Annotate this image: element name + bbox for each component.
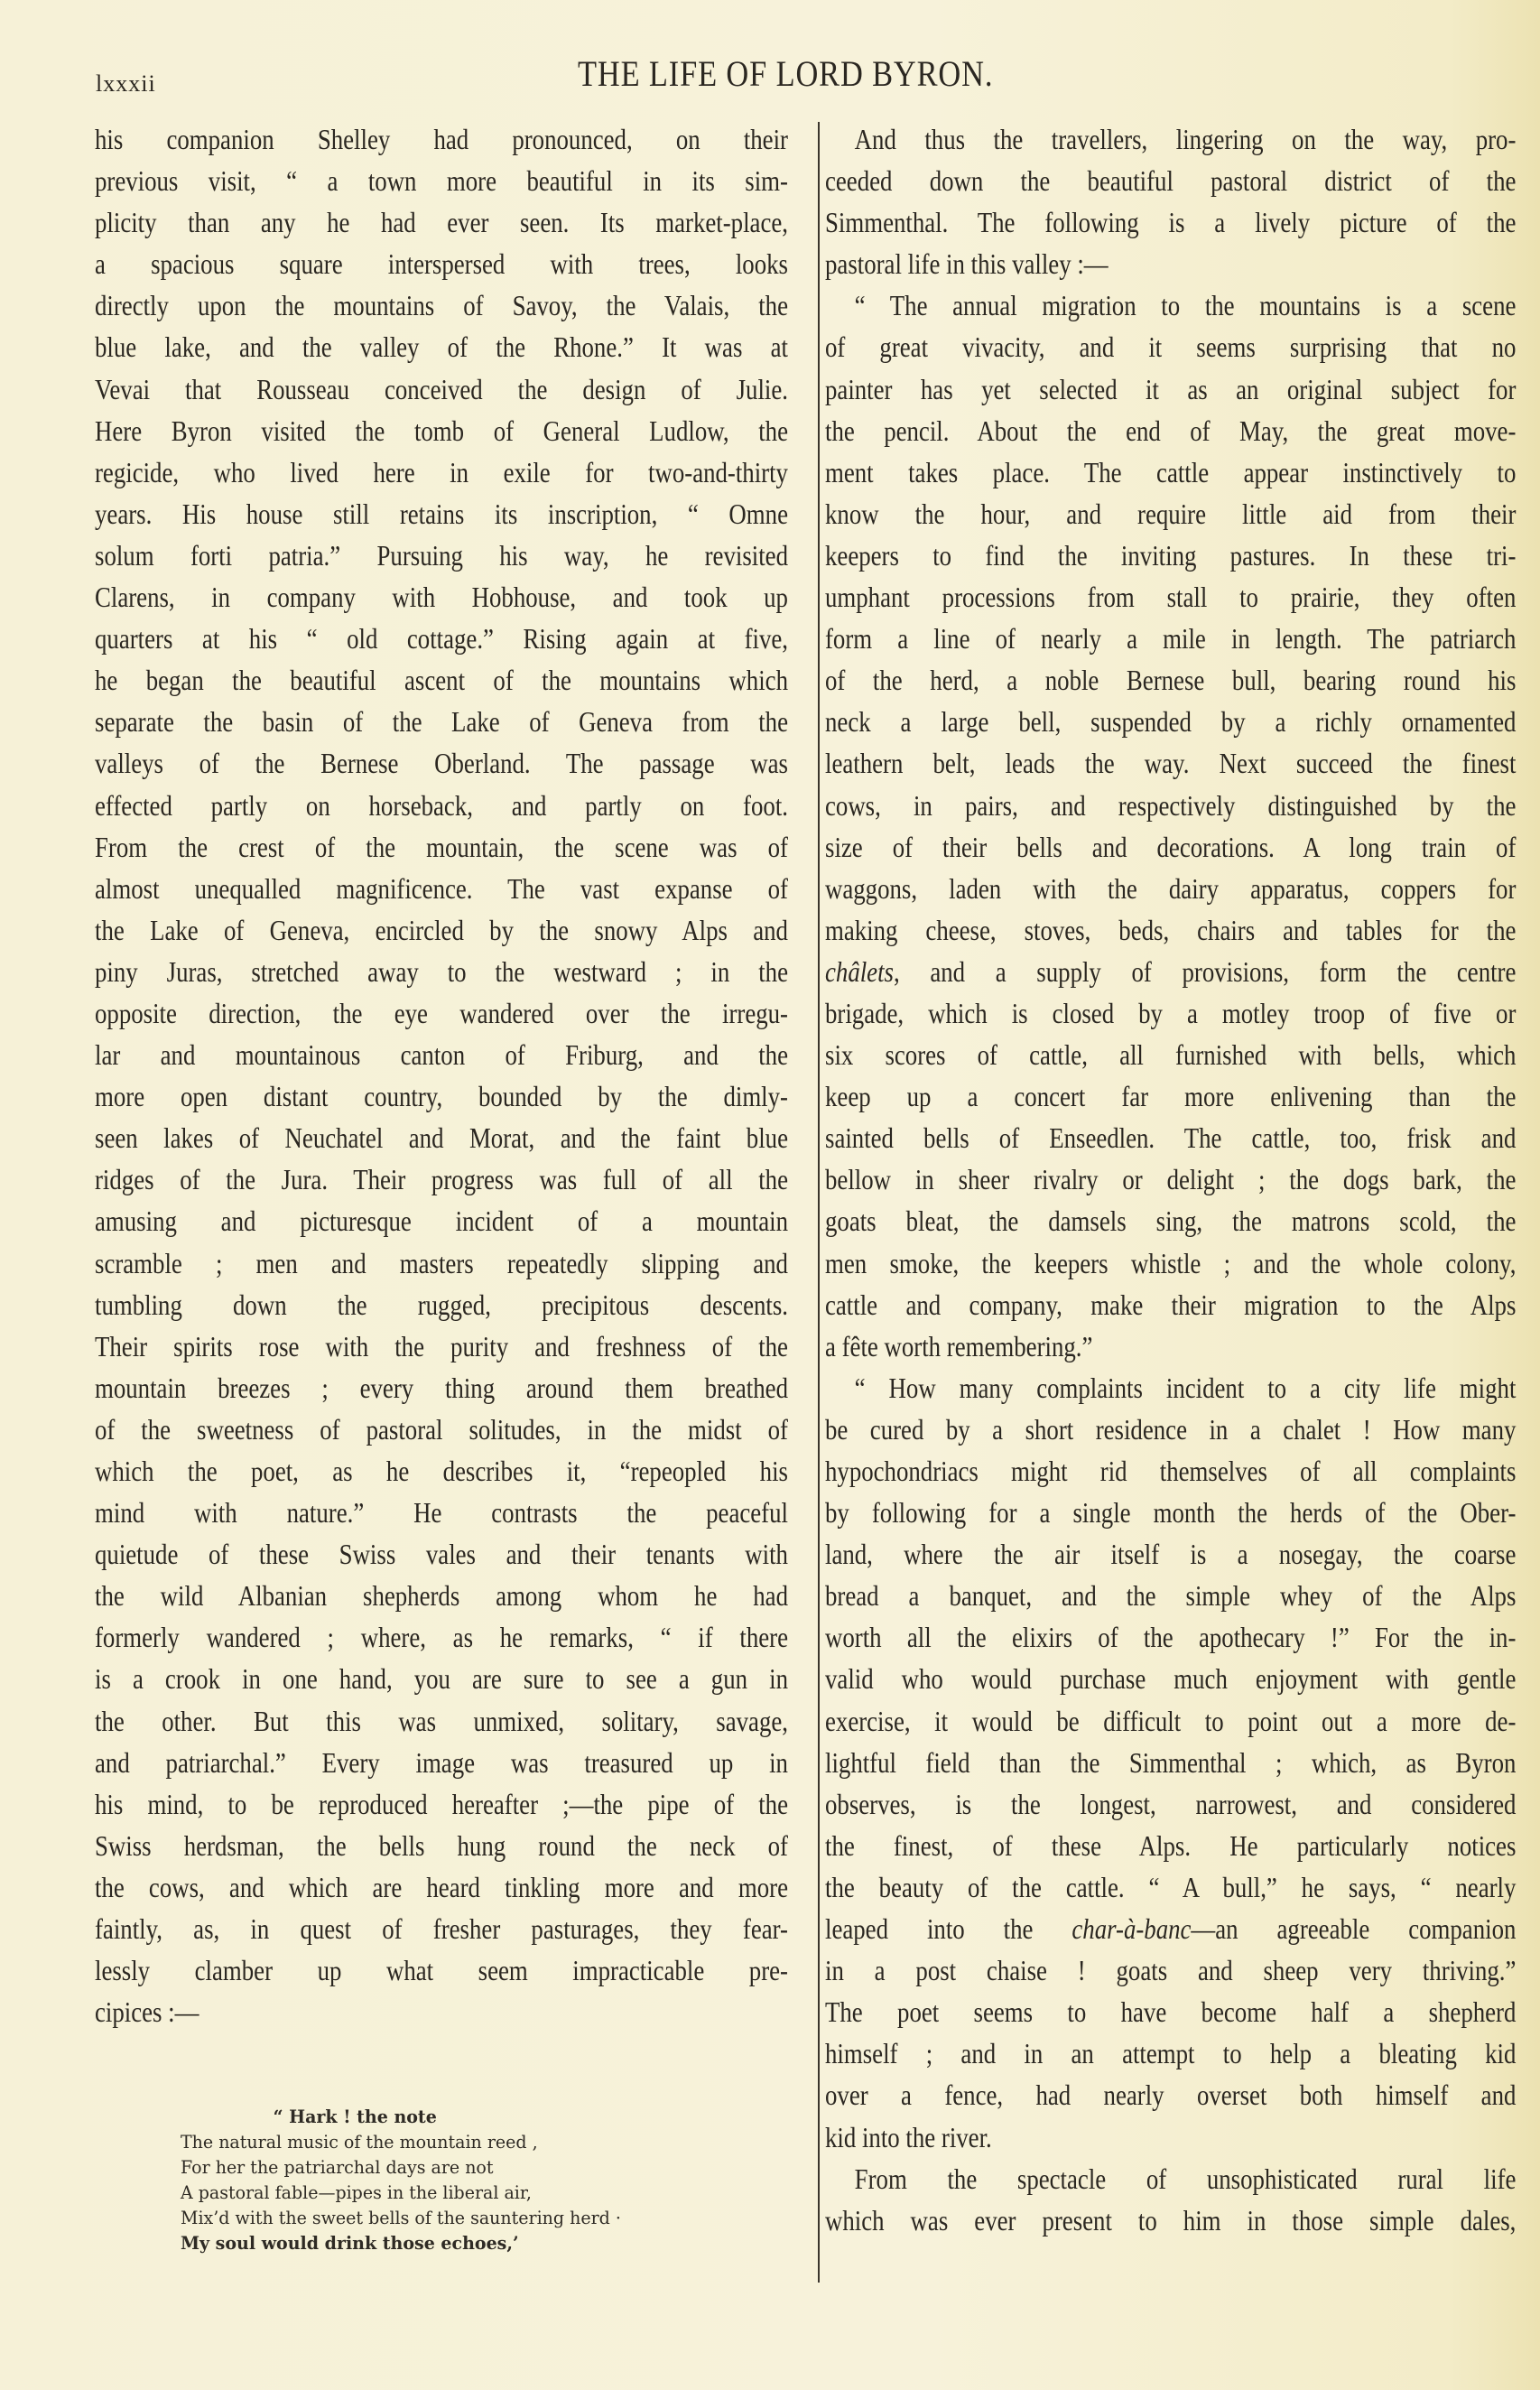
- italic-phrase: châlets: [825, 956, 894, 988]
- text-line: of great vivacity, and it seems surprisi…: [825, 327, 1516, 368]
- verse-quotation: “ Hark ! the note The natural music of t…: [181, 2104, 621, 2255]
- right-column: And thus the travellers, lingering on th…: [825, 119, 1516, 2242]
- text-line: the Lake of Geneva, encircled by the sno…: [95, 910, 788, 952]
- text-line: Their spirits rose with the purity and f…: [95, 1326, 788, 1368]
- text-line: and patriarchal.” Every image was treasu…: [95, 1743, 788, 1784]
- text-line: “ How many complaints incident to a city…: [825, 1368, 1516, 1409]
- text-line: observes, is the longest, narrowest, and…: [825, 1784, 1516, 1826]
- text-line: blue lake, and the valley of the Rhone.”…: [95, 327, 788, 368]
- text-line: effected partly on horseback, and partly…: [95, 786, 788, 827]
- text-line: formerly wandered ; where, as he remarks…: [95, 1617, 788, 1659]
- text-line: the beauty of the cattle. “ A bull,” he …: [825, 1867, 1516, 1909]
- text-line: size of their bells and decorations. A l…: [825, 827, 1516, 869]
- text-line: sainted bells of Enseedlen. The cattle, …: [825, 1118, 1516, 1159]
- verse-line: “ Hark ! the note: [181, 2104, 621, 2129]
- text-line: in a post chaise ! goats and sheep very …: [825, 1950, 1516, 1992]
- text-line: over a fence, had nearly overset both hi…: [825, 2075, 1516, 2116]
- text-line: years. His house still retains its inscr…: [95, 494, 788, 535]
- text-line: seen lakes of Neuchatel and Morat, and t…: [95, 1118, 788, 1159]
- text-line: From the crest of the mountain, the scen…: [95, 827, 788, 869]
- text-line: men smoke, the keepers whistle ; and the…: [825, 1243, 1516, 1285]
- verse-line: My soul would drink those echoes,’: [181, 2230, 621, 2255]
- text-line: Swiss herdsman, the bells hung round the…: [95, 1826, 788, 1867]
- text-line: cows, in pairs, and respectively disting…: [825, 786, 1516, 827]
- text-line: keep up a concert far more enlivening th…: [825, 1076, 1516, 1118]
- text-line: the finest, of these Alps. He particular…: [825, 1826, 1516, 1867]
- text-line: mind with nature.” He contrasts the peac…: [95, 1493, 788, 1534]
- text-line: previous visit, “ a town more beautiful …: [95, 161, 788, 202]
- text-line: quietude of these Swiss vales and their …: [95, 1534, 788, 1576]
- text-line: solum forti patria.” Pursuing his way, h…: [95, 535, 788, 577]
- text-line: regicide, who lived here in exile for tw…: [95, 452, 788, 494]
- text-line: “ The annual migration to the mountains …: [825, 285, 1516, 327]
- verse-line: For her the patriarchal days are not: [181, 2154, 621, 2180]
- text-line: land, where the air itself is a nosegay,…: [825, 1534, 1516, 1576]
- text-line: which the poet, as he describes it, “rep…: [95, 1451, 788, 1493]
- verse-line: Mix’d with the sweet bells of the saunte…: [181, 2205, 621, 2230]
- text-line: cipices :—: [95, 1992, 788, 2033]
- text-line: Here Byron visited the tomb of General L…: [95, 411, 788, 452]
- text-line: Simmenthal. The following is a lively pi…: [825, 202, 1516, 244]
- text-line: the wild Albanian shepherds among whom h…: [95, 1576, 788, 1617]
- text-line: by following for a single month the herd…: [825, 1493, 1516, 1534]
- text-line: kid into the river.: [825, 2117, 1516, 2159]
- text-line-italic-phrase: leaped into the char-à-banc—an agreeable…: [825, 1909, 1516, 1950]
- text-line: six scores of cattle, all furnished with…: [825, 1035, 1516, 1076]
- text-line: opposite direction, the eye wandered ove…: [95, 993, 788, 1035]
- text-line: he began the beautiful ascent of the mou…: [95, 660, 788, 702]
- text-line: goats bleat, the damsels sing, the matro…: [825, 1201, 1516, 1242]
- text-line: the cows, and which are heard tinkling m…: [95, 1867, 788, 1909]
- text-line: a spacious square interspersed with tree…: [95, 244, 788, 285]
- text-line: hypochondriacs might rid themselves of a…: [825, 1451, 1516, 1493]
- text-line: bellow in sheer rivalry or delight ; the…: [825, 1159, 1516, 1201]
- text-line: umphant processions from stall to prairi…: [825, 577, 1516, 618]
- text-line: quarters at his “ old cottage.” Rising a…: [95, 618, 788, 660]
- text-line: bread a banquet, and the simple whey of …: [825, 1576, 1516, 1617]
- text-line: neck a large bell, suspended by a richly…: [825, 702, 1516, 743]
- text-line: his mind, to be reproduced hereafter ;—t…: [95, 1784, 788, 1826]
- text-line: making cheese, stoves, beds, chairs and …: [825, 910, 1516, 952]
- text-line: worth all the elixirs of the apothecary …: [825, 1617, 1516, 1659]
- running-title: THE LIFE OF LORD BYRON.: [578, 52, 993, 95]
- text-line: Clarens, in company with Hobhouse, and t…: [95, 577, 788, 618]
- text-line: ment takes place. The cattle appear inst…: [825, 452, 1516, 494]
- text-line: brigade, which is closed by a motley tro…: [825, 993, 1516, 1035]
- text-line: almost unequalled magnificence. The vast…: [95, 869, 788, 910]
- text-line: of the sweetness of pastoral solitudes, …: [95, 1409, 788, 1451]
- text-line: scramble ; men and masters repeatedly sl…: [95, 1243, 788, 1285]
- page-number: lxxxii: [96, 70, 156, 98]
- left-column: his companion Shelley had pronounced, on…: [95, 119, 788, 2033]
- text-line: And thus the travellers, lingering on th…: [825, 119, 1516, 161]
- text-line: directly upon the mountains of Savoy, th…: [95, 285, 788, 327]
- text-line: plicity than any he had ever seen. Its m…: [95, 202, 788, 244]
- text-line: lessly clamber up what seem impracticabl…: [95, 1950, 788, 1992]
- text-line: ridges of the Jura. Their progress was f…: [95, 1159, 788, 1201]
- text-line-italic-start: châlets, and a supply of provisions, for…: [825, 952, 1516, 993]
- text-line: leathern belt, leads the way. Next succe…: [825, 743, 1516, 785]
- column-divider: [818, 122, 820, 2283]
- text-line: tumbling down the rugged, precipitous de…: [95, 1285, 788, 1326]
- text-line: the other. But this was unmixed, solitar…: [95, 1701, 788, 1743]
- text-line: exercise, it would be difficult to point…: [825, 1701, 1516, 1743]
- text-line: cattle and company, make their migration…: [825, 1285, 1516, 1326]
- text-line: keepers to find the inviting pastures. I…: [825, 535, 1516, 577]
- text-line: piny Juras, stretched away to the westwa…: [95, 952, 788, 993]
- text-line: the pencil. About the end of May, the gr…: [825, 411, 1516, 452]
- text-line: of the herd, a noble Bernese bull, beari…: [825, 660, 1516, 702]
- text-line: be cured by a short residence in a chale…: [825, 1409, 1516, 1451]
- text-line: pastoral life in this valley :—: [825, 244, 1516, 285]
- text-line: lightful field than the Simmenthal ; whi…: [825, 1743, 1516, 1784]
- text-line: The poet seems to have become half a she…: [825, 1992, 1516, 2033]
- text-line: form a line of nearly a mile in length. …: [825, 618, 1516, 660]
- text-line: more open distant country, bounded by th…: [95, 1076, 788, 1118]
- text-line: which was ever present to him in those s…: [825, 2200, 1516, 2242]
- text-line: mountain breezes ; every thing around th…: [95, 1368, 788, 1409]
- text-line: is a crook in one hand, you are sure to …: [95, 1659, 788, 1700]
- text-line: valleys of the Bernese Oberland. The pas…: [95, 743, 788, 785]
- text-line: his companion Shelley had pronounced, on…: [95, 119, 788, 161]
- italic-phrase: char-à-banc: [1072, 1913, 1191, 1945]
- text-line: lar and mountainous canton of Friburg, a…: [95, 1035, 788, 1076]
- text-line: From the spectacle of unsophisticated ru…: [825, 2159, 1516, 2200]
- text-line: valid who would purchase much enjoyment …: [825, 1659, 1516, 1700]
- text-line: painter has yet selected it as an origin…: [825, 369, 1516, 411]
- text-line: a fête worth remembering.”: [825, 1326, 1516, 1368]
- verse-line: A pastoral fable—pipes in the liberal ai…: [181, 2180, 621, 2205]
- text-line: amusing and picturesque incident of a mo…: [95, 1201, 788, 1242]
- page-header: lxxxii THE LIFE OF LORD BYRON.: [0, 47, 1540, 92]
- text-line: waggons, laden with the dairy apparatus,…: [825, 869, 1516, 910]
- text-line: ceeded down the beautiful pastoral distr…: [825, 161, 1516, 202]
- text-line: separate the basin of the Lake of Geneva…: [95, 702, 788, 743]
- text-line: faintly, as, in quest of fresher pastura…: [95, 1909, 788, 1950]
- text-line: Vevai that Rousseau conceived the design…: [95, 369, 788, 411]
- text-line: know the hour, and require little aid fr…: [825, 494, 1516, 535]
- text-line: himself ; and in an attempt to help a bl…: [825, 2033, 1516, 2075]
- verse-line: The natural music of the mountain reed ,: [181, 2129, 621, 2154]
